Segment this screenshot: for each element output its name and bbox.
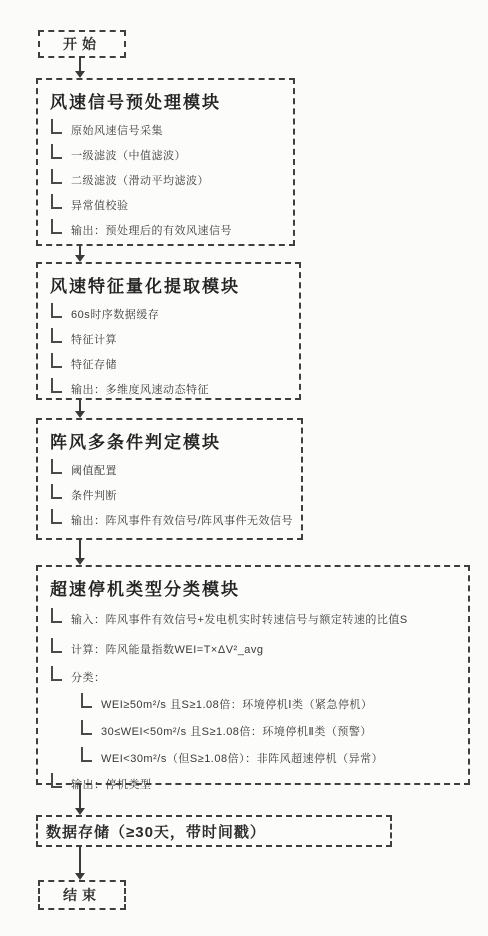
down-arrow-icon: [74, 246, 86, 262]
arrow-head: [75, 411, 85, 418]
module-item: 分类：: [38, 664, 468, 690]
tree-branch-icon: [50, 146, 64, 164]
arrow-line: [79, 246, 81, 255]
module-item: 二级滤波（滑动平均滤波）: [38, 167, 293, 192]
arrow-head: [75, 873, 85, 880]
arrow-head: [75, 558, 85, 565]
arrow-line: [79, 58, 81, 71]
down-arrow-icon: [74, 58, 86, 78]
tree-branch-icon: [80, 749, 94, 767]
flowchart-canvas: 开始 风速信号预处理模块 原始风速信号采集 一级滤波（中值滤波） 二级滤波（滑动…: [0, 0, 488, 936]
arrow-head: [75, 808, 85, 815]
classification-rule: WEI<30m²/s（但S≥1.08倍）：非阵风超速停机（异常）: [68, 744, 468, 771]
tree-branch-icon: [50, 775, 64, 793]
arrow-line: [79, 400, 81, 411]
module-item: 输出：多维度风速动态特征: [38, 376, 299, 401]
tree-branch-icon: [50, 221, 64, 239]
module-preprocess: 风速信号预处理模块 原始风速信号采集 一级滤波（中值滤波） 二级滤波（滑动平均滤…: [36, 78, 295, 246]
tree-branch-icon: [50, 330, 64, 348]
tree-branch-icon: [50, 305, 64, 323]
arrow-line: [79, 847, 81, 873]
tree-branch-icon: [50, 610, 64, 628]
module-preprocess-title: 风速信号预处理模块: [38, 80, 293, 117]
classification-rule: 30≤WEI<50m²/s 且S≥1.08倍：环境停机Ⅱ类（预警）: [68, 717, 468, 744]
start-node: 开始: [38, 30, 126, 58]
module-gust-judgement: 阵风多条件判定模块 阈值配置 条件判断 输出：阵风事件有效信号/阵风事件无效信号: [36, 418, 303, 540]
end-label: 结束: [63, 885, 101, 905]
tree-branch-icon: [50, 668, 64, 686]
tree-branch-icon: [80, 722, 94, 740]
down-arrow-icon: [74, 540, 86, 565]
module-shutdown-classification: 超速停机类型分类模块 输入：阵风事件有效信号+发电机实时转速信号与额定转速的比值…: [36, 565, 470, 785]
arrow-line: [79, 785, 81, 808]
module-item: 条件判断: [38, 482, 301, 507]
down-arrow-icon: [74, 785, 86, 815]
tree-branch-icon: [50, 171, 64, 189]
tree-branch-icon: [50, 640, 64, 658]
tree-branch-icon: [50, 380, 64, 398]
module-feature-title: 风速特征量化提取模块: [38, 264, 299, 301]
tree-branch-icon: [50, 355, 64, 373]
classification-sublist: WEI≥50m²/s 且S≥1.08倍：环境停机Ⅰ类（紧急停机） 30≤WEI<…: [68, 690, 468, 771]
module-item: 输入：阵风事件有效信号+发电机实时转速信号与额定转速的比值S: [38, 604, 468, 634]
classification-rule: WEI≥50m²/s 且S≥1.08倍：环境停机Ⅰ类（紧急停机）: [68, 690, 468, 717]
arrow-head: [75, 71, 85, 78]
end-node: 结束: [38, 880, 126, 910]
module-item: 输出：预处理后的有效风速信号: [38, 217, 293, 242]
start-label: 开始: [63, 34, 101, 54]
module-item: 输出：阵风事件有效信号/阵风事件无效信号: [38, 507, 301, 532]
down-arrow-icon: [74, 400, 86, 418]
arrow-line: [79, 540, 81, 558]
module-item: 阈值配置: [38, 457, 301, 482]
data-storage-label: 数据存储（≥30天，带时间戳）: [46, 821, 266, 842]
tree-branch-icon: [50, 461, 64, 479]
tree-branch-icon: [50, 121, 64, 139]
module-item: 异常值校验: [38, 192, 293, 217]
module-classification-title: 超速停机类型分类模块: [38, 567, 468, 604]
module-item: 特征计算: [38, 326, 299, 351]
module-item: 特征存储: [38, 351, 299, 376]
module-item: 原始风速信号采集: [38, 117, 293, 142]
tree-branch-icon: [50, 511, 64, 529]
module-item: 输出：停机类型: [38, 771, 468, 797]
module-gust-title: 阵风多条件判定模块: [38, 420, 301, 457]
module-item: 60s时序数据缓存: [38, 301, 299, 326]
tree-branch-icon: [80, 695, 94, 713]
module-feature-extraction: 风速特征量化提取模块 60s时序数据缓存 特征计算 特征存储 输出：多维度风速动…: [36, 262, 301, 400]
arrow-head: [75, 255, 85, 262]
module-item: 计算：阵风能量指数WEI=T×ΔV²_avg: [38, 634, 468, 664]
tree-branch-icon: [50, 486, 64, 504]
data-storage-node: 数据存储（≥30天，带时间戳）: [36, 815, 392, 847]
tree-branch-icon: [50, 196, 64, 214]
module-item: 一级滤波（中值滤波）: [38, 142, 293, 167]
down-arrow-icon: [74, 847, 86, 880]
